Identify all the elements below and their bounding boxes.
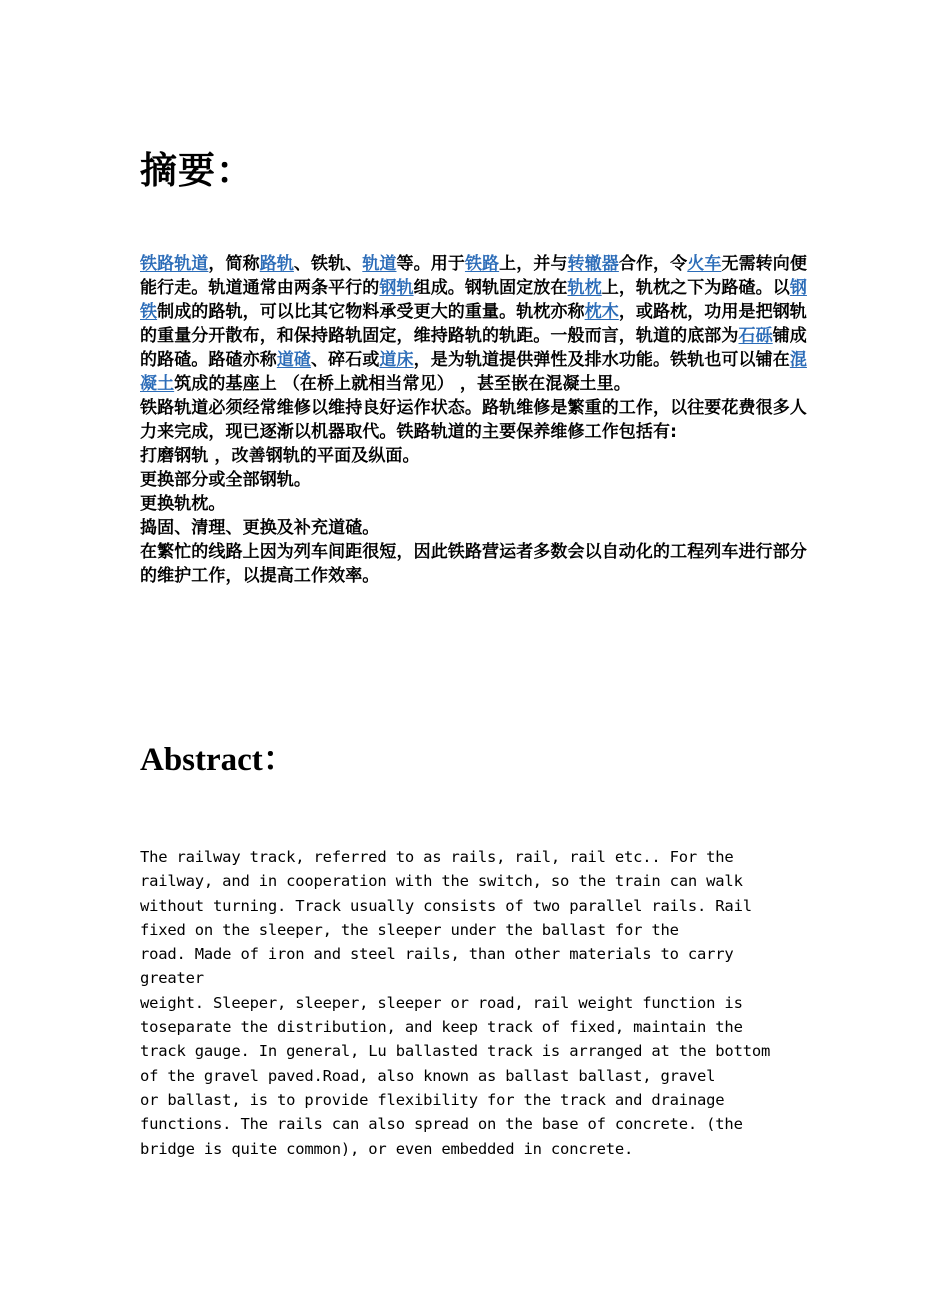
hyperlink[interactable]: 铁路轨道 [140, 254, 208, 274]
text-segment: 在繁忙的线路上因为列车间距很短，因此铁路营运者多数会以自动化的工程列车进行部分 [140, 542, 807, 562]
hyperlink[interactable]: 枕木 [585, 302, 619, 322]
hyperlink[interactable]: 路轨 [260, 254, 294, 274]
english-abstract-heading: Abstract： [140, 738, 296, 782]
text-segment: 的维护工作，以提高工作效率。 [140, 566, 379, 586]
text-segment: 、碎石或 [311, 350, 379, 370]
text-line: 能行走。轨道通常由两条平行的钢轨组成。钢轨固定放在轨枕上，轨枕之下为路碴。以钢 [140, 276, 800, 300]
text-line: functions. The rails can also spread on … [140, 1112, 840, 1136]
text-line: track gauge. In general, Lu ballasted tr… [140, 1039, 840, 1063]
text-line: 的重量分开散布，和保持路轨固定，维持路轨的轨距。一般而言，轨道的底部为石砾铺成 [140, 324, 800, 348]
hyperlink[interactable]: 钢 [790, 278, 807, 298]
text-line: 在繁忙的线路上因为列车间距很短，因此铁路营运者多数会以自动化的工程列车进行部分 [140, 540, 800, 564]
hyperlink[interactable]: 凝土 [140, 374, 174, 394]
text-segment: 上，轨枕之下为路碴。以 [602, 278, 790, 298]
hyperlink[interactable]: 轨道 [362, 254, 396, 274]
hyperlink[interactable]: 火车 [687, 254, 721, 274]
hyperlink[interactable]: 道床 [379, 350, 413, 370]
text-segment: 组成。钢轨固定放在 [414, 278, 568, 298]
hyperlink[interactable]: 混 [790, 350, 807, 370]
hyperlink[interactable]: 铁路 [465, 254, 499, 274]
hyperlink[interactable]: 转辙器 [568, 254, 619, 274]
hyperlink[interactable]: 道碴 [277, 350, 311, 370]
text-segment: 捣固、清理、更换及补充道碴。 [140, 518, 379, 538]
english-abstract-paragraph: The railway track, referred to as rails,… [140, 845, 840, 1161]
text-segment: 无需转向便 [721, 254, 807, 274]
text-line: 更换轨枕。 [140, 492, 800, 516]
chinese-abstract-paragraph: 铁路轨道，简称路轨、铁轨、轨道等。用于铁路上，并与转辙器合作，令火车无需转向便能… [140, 252, 800, 588]
text-segment: ，是为轨道提供弹性及排水功能。铁轨也可以铺在 [414, 350, 790, 370]
text-line: 打磨钢轨 ，改善钢轨的平面及纵面。 [140, 444, 800, 468]
text-line: 更换部分或全部钢轨。 [140, 468, 800, 492]
text-segment: 等。用于 [397, 254, 465, 274]
text-segment: 、铁轨、 [294, 254, 362, 274]
text-segment: 制成的路轨，可以比其它物料承受更大的重量。轨枕亦称 [157, 302, 585, 322]
text-segment: 上，并与 [499, 254, 567, 274]
text-line: 铁路轨道必须经常维修以维持良好运作状态。路轨维修是繁重的工作，以往要花费很多人 [140, 396, 800, 420]
text-line: 捣固、清理、更换及补充道碴。 [140, 516, 800, 540]
text-segment: 打磨钢轨 ，改善钢轨的平面及纵面。 [140, 446, 420, 466]
text-segment: 力来完成，现已逐渐以机器取代。铁路轨道的主要保养维修工作包括有: [140, 422, 677, 442]
hyperlink[interactable]: 轨枕 [568, 278, 602, 298]
text-line: 铁制成的路轨，可以比其它物料承受更大的重量。轨枕亦称枕木，或路枕，功用是把钢轨 [140, 300, 800, 324]
text-line: weight. Sleeper, sleeper, sleeper or roa… [140, 991, 840, 1015]
text-line: road. Made of iron and steel rails, than… [140, 942, 840, 966]
text-segment: ，或路枕，功用是把钢轨 [619, 302, 807, 322]
hyperlink[interactable]: 石砾 [739, 326, 773, 346]
text-line: The railway track, referred to as rails,… [140, 845, 840, 869]
text-segment: 铺成 [773, 326, 807, 346]
text-line: greater [140, 966, 840, 990]
text-segment: 更换部分或全部钢轨。 [140, 470, 311, 490]
text-segment: 铁路轨道必须经常维修以维持良好运作状态。路轨维修是繁重的工作，以往要花费很多人 [140, 398, 807, 418]
text-segment: ，简称 [208, 254, 259, 274]
text-line: or ballast, is to provide flexibility fo… [140, 1088, 840, 1112]
text-line: 的路碴。路碴亦称道碴、碎石或道床，是为轨道提供弹性及排水功能。铁轨也可以铺在混 [140, 348, 800, 372]
chinese-abstract-heading: 摘要： [140, 148, 254, 194]
text-line: fixed on the sleeper, the sleeper under … [140, 918, 840, 942]
text-segment: 筑成的基座上 （在桥上就相当常见） ，甚至嵌在混凝土里。 [174, 374, 631, 394]
text-segment: 的重量分开散布，和保持路轨固定，维持路轨的轨距。一般而言，轨道的底部为 [140, 326, 739, 346]
text-line: toseparate the distribution, and keep tr… [140, 1015, 840, 1039]
text-segment: 合作，令 [619, 254, 687, 274]
document-page: 摘要： 铁路轨道，简称路轨、铁轨、轨道等。用于铁路上，并与转辙器合作，令火车无需… [0, 0, 926, 1310]
text-line: 的维护工作，以提高工作效率。 [140, 564, 800, 588]
text-line: bridge is quite common), or even embedde… [140, 1137, 840, 1161]
hyperlink[interactable]: 钢轨 [379, 278, 413, 298]
text-segment: 能行走。轨道通常由两条平行的 [140, 278, 379, 298]
text-line: of the gravel paved.Road, also known as … [140, 1064, 840, 1088]
hyperlink[interactable]: 铁 [140, 302, 157, 322]
text-line: railway, and in cooperation with the swi… [140, 869, 840, 893]
text-line: 力来完成，现已逐渐以机器取代。铁路轨道的主要保养维修工作包括有: [140, 420, 800, 444]
text-line: without turning. Track usually consists … [140, 894, 840, 918]
text-segment: 更换轨枕。 [140, 494, 226, 514]
text-line: 凝土筑成的基座上 （在桥上就相当常见） ，甚至嵌在混凝土里。 [140, 372, 800, 396]
text-segment: 的路碴。路碴亦称 [140, 350, 277, 370]
text-line: 铁路轨道，简称路轨、铁轨、轨道等。用于铁路上，并与转辙器合作，令火车无需转向便 [140, 252, 800, 276]
